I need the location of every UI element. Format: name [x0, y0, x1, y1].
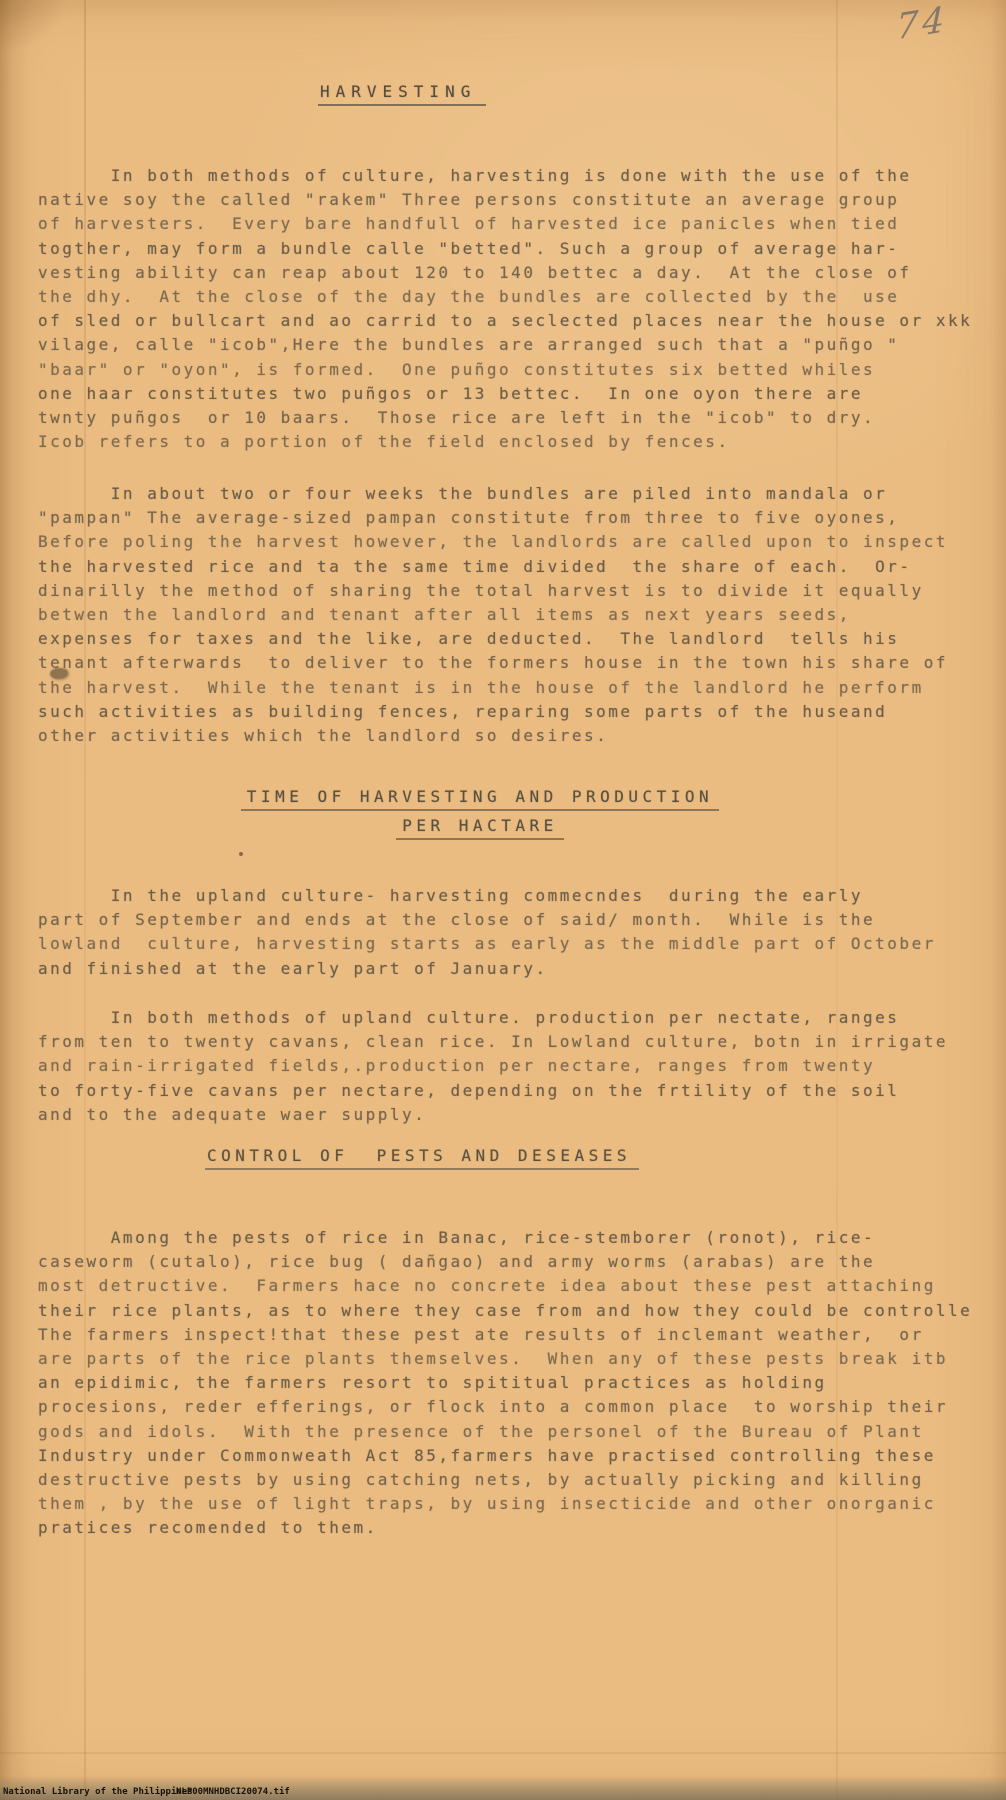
handwritten-page-number: 74 [896, 0, 949, 48]
text-line: "baar" or "oyon", is formed. One puñgo c… [38, 358, 972, 382]
text-line: of sled or bullcart and ao carrid to a s… [38, 309, 972, 333]
text-line: native soy the called "rakem" Three pers… [38, 188, 972, 212]
section-heading-control-of-pests: CONTROL OF PESTS AND DESEASES [205, 1146, 639, 1170]
text-line: part of September and ends at the close … [38, 908, 936, 932]
paragraph-upland-season: In the upland culture- harvesting commec… [38, 884, 936, 981]
text-line: destructive pests by using catching nets… [38, 1468, 972, 1492]
text-line: The farmers inspect!that these pest ate … [38, 1323, 972, 1347]
text-line: Industry under Commonweath Act 85,farmer… [38, 1444, 972, 1468]
text-line: their rice plants, as to where they case… [38, 1299, 972, 1323]
paragraph-bundles-and-sharing: In about two or four weeks the bundles a… [38, 482, 948, 748]
text-line: and finished at the early part of Januar… [38, 957, 936, 981]
text-line: "pampan" The average-sized pampan consti… [38, 506, 948, 530]
text-line: expenses for taxes and the like, are ded… [38, 627, 948, 651]
text-line: the harvest. While the tenant is in the … [38, 676, 948, 700]
paper-crease-bottom [0, 1752, 1006, 1754]
text-line: lowland culture, harvesting starts as ea… [38, 932, 936, 956]
text-line: of harvesters. Every bare handfull of ha… [38, 212, 972, 236]
text-line: from ten to twenty cavans, clean rice. I… [38, 1030, 948, 1054]
text-line: an epidimic, the farmers resort to spiti… [38, 1371, 972, 1395]
text-line: Among the pests of rice in Banac, rice-s… [38, 1226, 972, 1250]
scan-footer-strip: National Library of the Philippines NLP0… [0, 1776, 1006, 1800]
text-line: twnty puñgos or 10 baars. Those rice are… [38, 406, 972, 430]
text-line: vilage, calle "icob",Here the bundles ar… [38, 333, 972, 357]
text-line: pratices recomended to them. [38, 1516, 972, 1540]
paragraph-production-per-hectare: In both methods of upland culture. produ… [38, 1006, 948, 1127]
text-line: In both methods of culture, harvesting i… [38, 164, 972, 188]
text-line: caseworm (cutalo), rice bug ( dañgao) an… [38, 1250, 972, 1274]
paragraph-pests-and-diseases: Among the pests of rice in Banac, rice-s… [38, 1226, 972, 1540]
text-line: to forty-five cavans per nectare, depend… [38, 1079, 948, 1103]
text-line: the harvested rice and ta the same time … [38, 555, 948, 579]
stray-ink-dot [239, 852, 243, 856]
text-line: procesions, reder efferings, or flock in… [38, 1395, 972, 1419]
text-line: them , by the use of light traps, by usi… [38, 1492, 972, 1516]
library-name: National Library of the Philippines [3, 1787, 193, 1797]
text-line: betwen the landlord and tenant after all… [38, 603, 948, 627]
text-line: and rain-irrigated fields,.production pe… [38, 1054, 948, 1078]
text-line: tenant afterwards to deliver to the form… [38, 651, 948, 675]
text-line: most detructive. Farmers hace no concret… [38, 1274, 972, 1298]
text-line: togther, may form a bundle calle "betted… [38, 237, 972, 261]
text-line: gods and idols. With the presence of the… [38, 1420, 972, 1444]
text-line: the dhy. At the close of the day the bun… [38, 285, 972, 309]
scan-filename: NLP00MNHDBCI20074.tif [176, 1787, 290, 1797]
text-line: Icob refers to a portion of the field en… [38, 430, 972, 454]
paragraph-harvesting-method: In both methods of culture, harvesting i… [38, 164, 972, 454]
text-line: such activities as building fences, repa… [38, 700, 948, 724]
text-line: In the upland culture- harvesting commec… [38, 884, 936, 908]
text-line: Before poling the harvest however, the l… [38, 530, 948, 554]
section-heading-time-of-harvesting: TIME OF HARVESTING AND PRODUCTION PER HA… [215, 787, 745, 840]
heading-line-1: TIME OF HARVESTING AND PRODUCTION [241, 787, 719, 811]
text-line: other activities which the landlord so d… [38, 724, 948, 748]
text-line: In both methods of upland culture. produ… [38, 1006, 948, 1030]
text-line: vesting ability can reap about 120 to 14… [38, 261, 972, 285]
scanned-document-page: 74 HARVESTING In both methods of culture… [0, 0, 1006, 1800]
document-title: HARVESTING [318, 82, 486, 106]
heading-line-2: PER HACTARE [396, 816, 563, 840]
text-line: one haar constitutes two puñgos or 13 be… [38, 382, 972, 406]
text-line: In about two or four weeks the bundles a… [38, 482, 948, 506]
text-line: dinarilly the method of sharing the tota… [38, 579, 948, 603]
text-line: are parts of the rice plants themselves.… [38, 1347, 972, 1371]
text-line: and to the adequate waer supply. [38, 1103, 948, 1127]
